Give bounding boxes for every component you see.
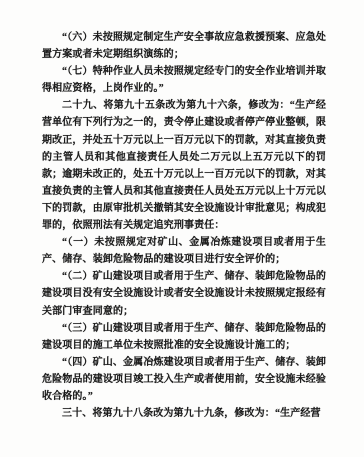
- paragraph-article-30: 三十、将第九十八条改为第九十九条，修改为：“生产经营: [42, 405, 326, 422]
- text-block: “（六）未按照规定制定生产安全事故应急救援预案、应急处置方案或者未定期组织演练的…: [42, 29, 326, 422]
- paragraph-subitem-4: “（四）矿山、金属冶炼建设项目或者用于生产、储存、装卸危险物品的建设项目竣工投入…: [42, 354, 326, 405]
- paragraph-item-7: “（七）特种作业人员未按照规定经专门的安全作业培训并取得相应资格，上岗作业的。”: [42, 63, 326, 97]
- paragraph-item-6: “（六）未按照规定制定生产安全事故应急救援预案、应急处置方案或者未定期组织演练的…: [42, 29, 326, 63]
- paragraph-subitem-1: “（一）未按照规定对矿山、金属冶炼建设项目或者用于生产、储存、装卸危险物品的建设…: [42, 234, 326, 268]
- paragraph-subitem-3: “（三）矿山建设项目或者用于生产、储存、装卸危险物品的建设项目的施工单位未按照批…: [42, 320, 326, 354]
- document-page: “（六）未按照规定制定生产安全事故应急救援预案、应急处置方案或者未定期组织演练的…: [0, 0, 364, 457]
- paragraph-subitem-2: “（二）矿山建设项目或者用于生产、储存、装卸危险物品的建设项目没有安全设施设计或…: [42, 268, 326, 319]
- paragraph-article-29: 二十九、将第九十五条改为第九十六条，修改为：“生产经营单位有下列行为之一的，责令…: [42, 97, 326, 234]
